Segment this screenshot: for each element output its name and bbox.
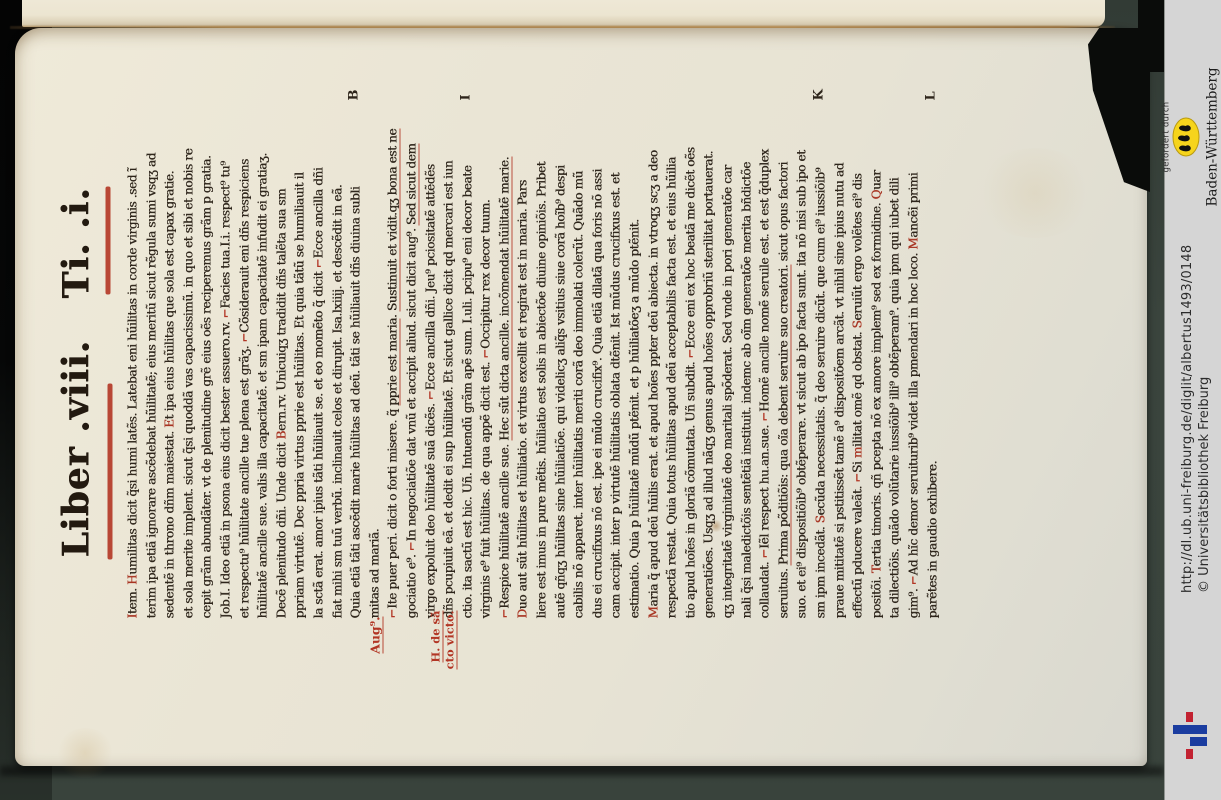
margin-note-hugo-de-sancto-victore: H. de sã cto victo. <box>430 611 457 711</box>
image-credit-block: http://dl.ub.uni-freiburg.de/diglit/albe… <box>1179 211 1213 593</box>
ub-logo-blue-bar <box>1190 737 1207 746</box>
body-line: qʒ integritatẽ virginitatẽ deo maritali … <box>719 103 738 619</box>
body-line: ⌐Respice hũilitatẽ ancille sue. Hec sũt … <box>495 103 514 619</box>
margin-section-letter: L <box>923 77 938 101</box>
image-url: http://dl.ub.uni-freiburg.de/diglit/albe… <box>1179 211 1196 593</box>
body-line: mitas ad mariã. <box>365 103 384 619</box>
copyright-line: © Universitätsbibliothek Freiburg <box>1196 211 1213 593</box>
margin-section-letter: I <box>458 77 473 101</box>
ub-logo-red-square <box>1186 749 1193 759</box>
body-line: liere est imus in pure mẽtis. hũiliatio … <box>533 103 552 619</box>
body-line: praue mititatẽ si pstitissẽt tamẽ a⁹ dis… <box>830 103 849 619</box>
facing-page-edge <box>22 0 1105 27</box>
body-line: estimatio. Quia p hũilitatẽ mũdũ ptẽnit.… <box>626 103 645 619</box>
body-line: virgo expoluit deo hũilitatẽ suã dicẽs. … <box>421 103 440 619</box>
body-line: tio apud hoĩes in gloriã cõmutata. Uñ su… <box>681 103 700 619</box>
body-line: sedentẽ in throno dñm maiestat. Et ipa e… <box>161 103 180 619</box>
body-line: terim ipa etiã ignorare ascẽdebat hũilit… <box>142 103 161 619</box>
body-line: ppriam virtutẽ. Dec ppria virtus pprie e… <box>291 103 310 619</box>
ub-logo-blue-bar <box>1173 725 1207 734</box>
body-line: dus ei crucifixus nõ est. ipe ei mũdo cr… <box>588 103 607 619</box>
body-line: suo. et ei⁹ dispositiõib⁹ obtẽperare. vt… <box>793 103 812 619</box>
body-line: collaudat. ⌐Iẽl respect hu.an.sue. ⌐Homẽ… <box>756 103 775 619</box>
body-line: generatiões. Usqʒ ad illud nãqʒ genus ap… <box>700 103 719 619</box>
body-line: dñs pcupiuit eã. et dedit ei sup hũilita… <box>440 103 459 619</box>
body-line: cepit grãm abundãter. vt de plenitudine … <box>198 103 217 619</box>
page-heading-title: Ti. .i. <box>56 187 98 298</box>
body-line: positõi. Tertia timoris. qñ pcepta nõ ex… <box>867 103 886 619</box>
ub-logo-red-square <box>1186 712 1193 722</box>
body-line: hũilitatẽ ancille sue. valis illa capaci… <box>254 103 273 619</box>
body-line: autẽ qñqʒ hũilitas sine hũiliatiõe. qui … <box>551 103 570 619</box>
rubric-underline <box>106 187 111 295</box>
rubric-underline <box>108 384 113 560</box>
funding-block: gefördert durch Baden-Württemberg <box>1162 37 1221 237</box>
body-line: fiat mihi sm tuũ verbũ. inclinauit celos… <box>328 103 347 619</box>
body-line: Job.I. Ideo etiã in psona eius dicit bes… <box>216 103 235 619</box>
margin-note-text: cto victo. <box>442 611 457 670</box>
body-line: ctio. ita sactũ est hic. Uñ. Intuendũ gr… <box>458 103 477 619</box>
body-line: gociatio e⁹. ⌐In negociatiõe dat vnũ et … <box>402 103 421 619</box>
text-block: Item. Humilitas dicit q̃si humi latẽs. L… <box>124 103 942 619</box>
body-line: ⌐Ite puer peri. dicit o forti misere. q̃… <box>384 103 403 619</box>
page-heading-book: Liber .viii. <box>56 340 98 558</box>
body-line: ta dilectiõis. quãdo volũtarie iussiõib⁹… <box>886 103 905 619</box>
body-line: parẽtes in gaudio exhibere. <box>923 103 942 619</box>
body-line: gim⁹. ⌐Ad hĩc demor seruiturib⁹ videt il… <box>904 103 923 619</box>
body-line: Quia etiã tãti ascẽdit marie hũilitas ad… <box>347 103 366 619</box>
page-content-rotated: Liber .viii. Ti. .i. Item. Humilitas dic… <box>16 29 1149 769</box>
body-line: la sctã erat. amor ipius tãti hũiliauit … <box>309 103 328 619</box>
funding-name: Baden-Württemberg <box>1205 37 1221 237</box>
funding-label: gefördert durch <box>1162 37 1172 237</box>
margin-note-text: Aug⁹. <box>368 617 384 654</box>
body-line: sm ipm incedãt. Secũda necessitatis. q̃ … <box>811 103 830 619</box>
body-line: respectã restat. Quia totus hũilitas apu… <box>663 103 682 619</box>
body-line: Maria q̃ apud deũ hũilis erat. et apud h… <box>644 103 663 619</box>
body-line: effectũ pducere valeãt. ⌐Si militat omẽ … <box>849 103 868 619</box>
margin-section-letter: B <box>347 77 362 101</box>
body-line: nali q̃si maledictõis sentẽtiã instituit… <box>737 103 756 619</box>
body-line: cam accipit. inter p virtutẽ hũilitatis … <box>607 103 626 619</box>
body-line: et respectu⁹ hũilitate ancille tue plena… <box>235 103 254 619</box>
body-line: et sola merite implent. sicut q̃si quodd… <box>179 103 198 619</box>
body-line: seruitus. Prima põditiõis: qua oĩa deben… <box>774 103 793 619</box>
body-line: virginis e⁹ fuit hũilitas. de qua appẽ d… <box>477 103 496 619</box>
baden-wuerttemberg-arms-icon <box>1173 117 1204 157</box>
margin-note-augustinus: Aug⁹. <box>368 617 383 709</box>
margin-section-letter: K <box>812 77 827 101</box>
body-line: cabilis nõ apparet. inter hũilitatis mer… <box>570 103 589 619</box>
body-line: Duo aut sũt hũilitas et hũiliatio. et vi… <box>514 103 533 619</box>
body-line: Item. Humilitas dicit q̃si humi latẽs. L… <box>124 103 143 619</box>
margin-note-text: H. de sã <box>429 611 444 663</box>
body-line: Decẽ plenitudo dñi. Unde dicit Bern.rv. … <box>272 103 291 619</box>
